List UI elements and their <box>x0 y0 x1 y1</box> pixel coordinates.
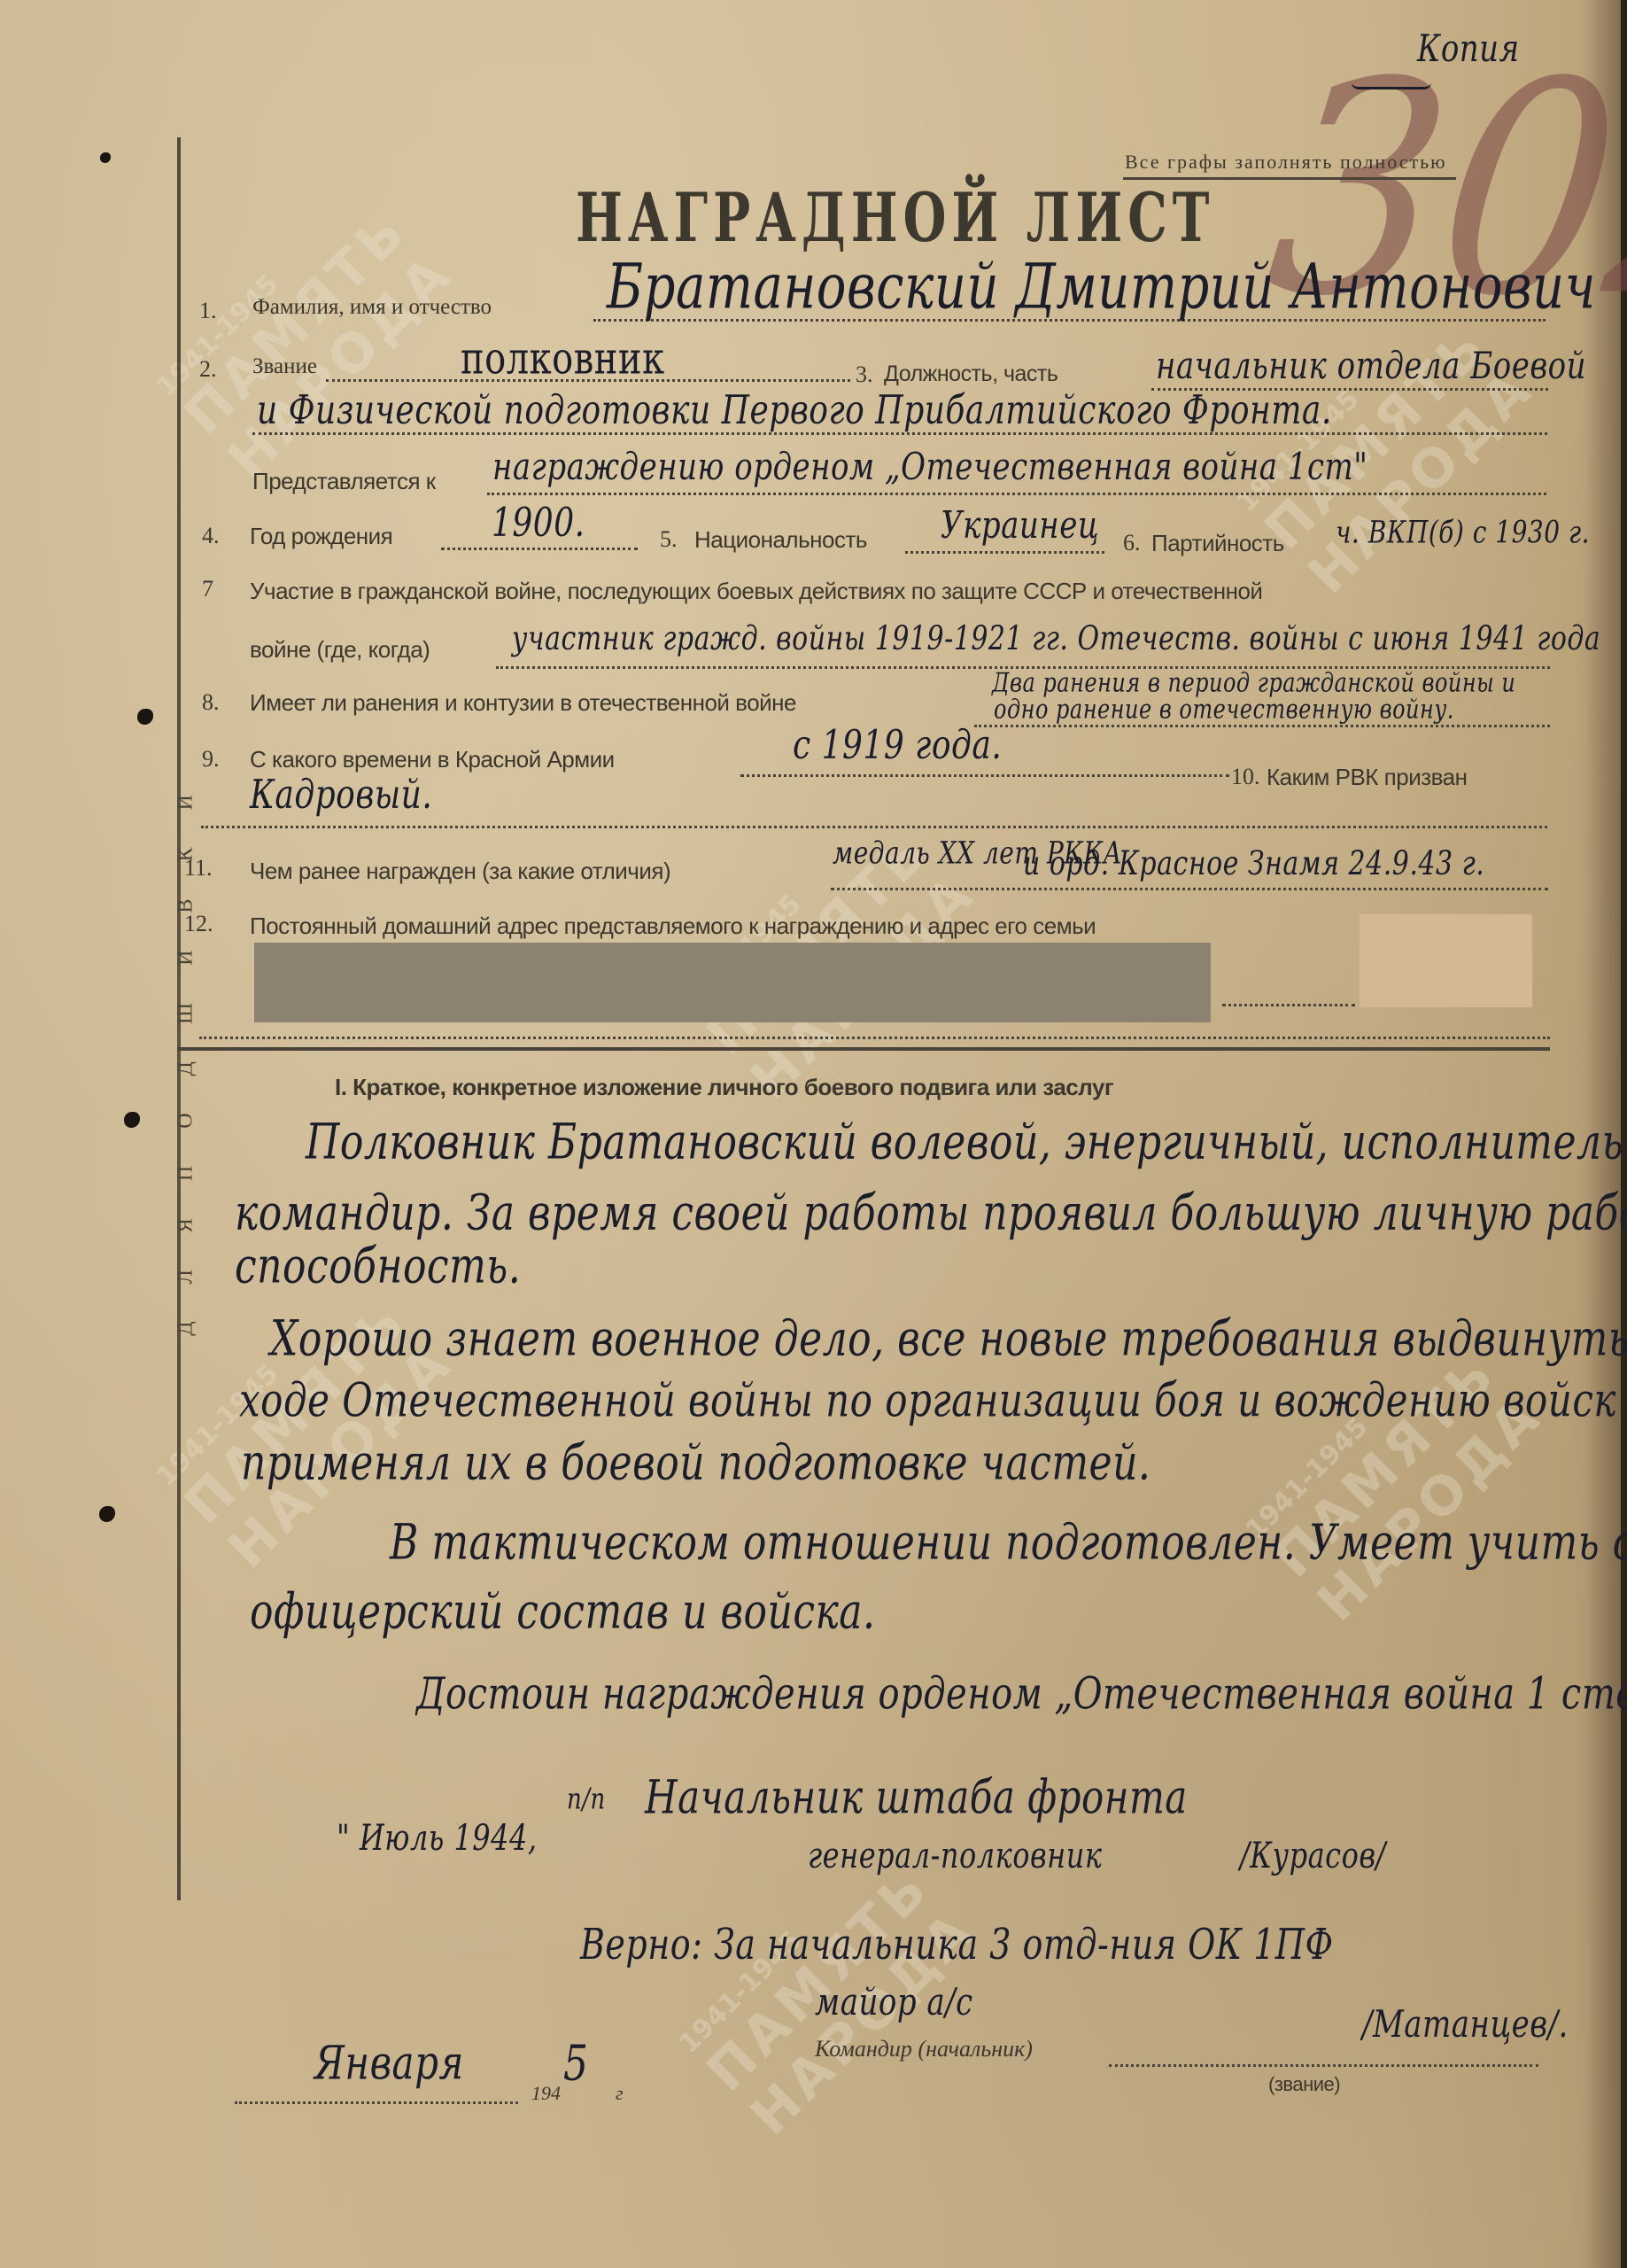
watermark: 1941-1945 ПАМЯТЬ НАРОДА <box>151 175 465 490</box>
field-number: 7 <box>202 576 213 602</box>
fill-line <box>441 548 638 550</box>
field-number: 6. <box>1123 530 1141 556</box>
merit-text-line: ходе Отечественной войны по организации … <box>239 1373 1627 1427</box>
merit-text-line: В тактическом отношении подготовлен. Уме… <box>390 1514 1627 1571</box>
fill-line <box>487 493 1546 495</box>
date-year-suffix: г <box>616 2082 624 2105</box>
field-value-nationality: Украинец <box>941 503 1099 548</box>
section-heading: I. Краткое, конкретное изложение личного… <box>335 1074 1113 1101</box>
merit-text-line: Хорошо знает военное дело, все новые тре… <box>270 1310 1627 1367</box>
copy-mark: Копия <box>1417 27 1520 71</box>
merit-text-line: применял их в боевой подготовке частей. <box>241 1434 1151 1491</box>
field-value-presented-for: награждению орденом „Отечественная война… <box>492 445 1367 489</box>
date-year-hand: 5 <box>563 2035 589 2092</box>
fill-line <box>740 774 1229 777</box>
field-label-recruitment-office: Каким РВК призван <box>1267 764 1467 791</box>
fill-line <box>974 725 1550 727</box>
field-value-position: начальник отдела Боевой <box>1156 344 1586 388</box>
section-divider <box>177 1047 1550 1051</box>
field-label-army-since: С какого времени в Красной Армии <box>250 746 615 773</box>
field-number: 11. <box>184 855 213 882</box>
field-number: 10. <box>1231 764 1260 790</box>
date-year-prefix: 194 <box>531 2082 561 2105</box>
chief-rank: генерал-полковник <box>808 1835 1102 1877</box>
field-label-nationality: Национальность <box>694 526 867 554</box>
punch-hole <box>137 709 153 725</box>
redacted-address <box>254 943 1211 1022</box>
fill-line <box>905 551 1104 554</box>
merit-text-line: Полковник Братановский волевой, энергичн… <box>306 1114 1627 1170</box>
field-label-birth-year: Год рождения <box>250 523 392 550</box>
field-value-wounds-line2: одно ранение в отечественную войну. <box>994 694 1454 725</box>
redacted-address-end <box>1360 914 1532 1007</box>
field-number: 1. <box>199 298 217 324</box>
date-month: Января <box>314 2036 464 2090</box>
field-number: 12. <box>184 911 213 937</box>
pp-mark: п/п <box>567 1783 606 1817</box>
fill-line <box>201 826 1547 828</box>
field-value-recruitment-office: Кадровый. <box>250 773 432 818</box>
verifier-rank: майор а/с <box>815 1980 973 2024</box>
field-value-previous-awards-line2: и орд. Красное Знамя 24.9.43 г. <box>1023 844 1484 883</box>
field-value-full-name: Братановский Дмитрий Антонович <box>607 252 1596 323</box>
verification-note: Верно: За начальника 3 отд-ния ОК 1ПФ <box>580 1920 1334 1969</box>
field-label-war-participation: Участие в гражданской войне, последующих… <box>250 578 1262 605</box>
chief-name: /Курасов/ <box>1240 1835 1386 1877</box>
field-label-presented-for: Представляется к <box>252 468 436 495</box>
field-label-previous-awards: Чем ранее награжден (за какие отличия) <box>250 858 670 885</box>
field-value-rank: полковник <box>461 334 665 385</box>
fill-line <box>831 888 1548 890</box>
punch-hole <box>100 152 111 163</box>
merit-text-line: Достоин награждения орденом „Отечественн… <box>416 1669 1627 1720</box>
fill-line <box>1109 2064 1538 2067</box>
field-label-wounds: Имеет ли ранения и контузии в отечествен… <box>250 689 796 717</box>
verifier-name: /Матанцев/. <box>1362 2002 1569 2047</box>
order-date: " Июль 1944, <box>337 1817 538 1860</box>
fill-line <box>199 1037 1550 1039</box>
fill-line <box>1222 1004 1355 1006</box>
field-number: 5. <box>660 526 678 553</box>
field-value-position-continued: и Физической подготовки Первого Прибалти… <box>257 388 1332 433</box>
margin-vertical-label: Д Л Я П О Д Ш И В К И <box>174 748 198 1368</box>
field-value-war-participation: участник гражд. войны 1919-1921 гг. Отеч… <box>512 619 1600 658</box>
merit-text-line: способность. <box>235 1238 521 1294</box>
field-number: 4. <box>202 523 220 549</box>
punch-hole <box>124 1112 140 1128</box>
award-sheet-page: 1941-1945 ПАМЯТЬ НАРОДА 1941-1945 ПАМЯТЬ… <box>0 0 1621 2268</box>
punch-hole <box>99 1506 115 1522</box>
commander-label: Командир (начальник) <box>815 2036 1033 2062</box>
chief-title: Начальник штаба фронта <box>645 1770 1188 1824</box>
page-title: НАГРАДНОЙ ЛИСТ <box>576 179 1214 258</box>
field-number: 9. <box>202 746 220 773</box>
rank-caption: (звание) <box>1268 2073 1340 2096</box>
field-number: 3. <box>856 361 873 388</box>
field-label-rank: Звание <box>252 354 317 379</box>
field-label-home-address: Постоянный домашний адрес представляемог… <box>250 913 1096 940</box>
copy-mark-underline <box>1352 80 1431 89</box>
field-label-position: Должность, часть <box>884 361 1058 387</box>
fill-line <box>235 2101 518 2104</box>
merit-text-line: офицерский состав и войска. <box>250 1583 875 1640</box>
field-label-full-name: Фамилия, имя и отчество <box>252 295 492 320</box>
field-number: 8. <box>202 689 220 716</box>
field-value-army-since: с 1919 года. <box>793 723 1002 768</box>
merit-text-line: командир. За время своей работы проявил … <box>235 1184 1627 1241</box>
field-value-birth-year: 1900. <box>492 501 585 546</box>
field-label-party: Партийность <box>1151 530 1284 557</box>
field-label-war-participation-cont: войне (где, когда) <box>250 636 430 664</box>
instruction-note: Все графы заполнять полностью <box>1125 151 1447 174</box>
field-value-party: ч. ВКП(б) с 1930 г. <box>1336 514 1590 550</box>
field-number: 2. <box>199 356 217 383</box>
